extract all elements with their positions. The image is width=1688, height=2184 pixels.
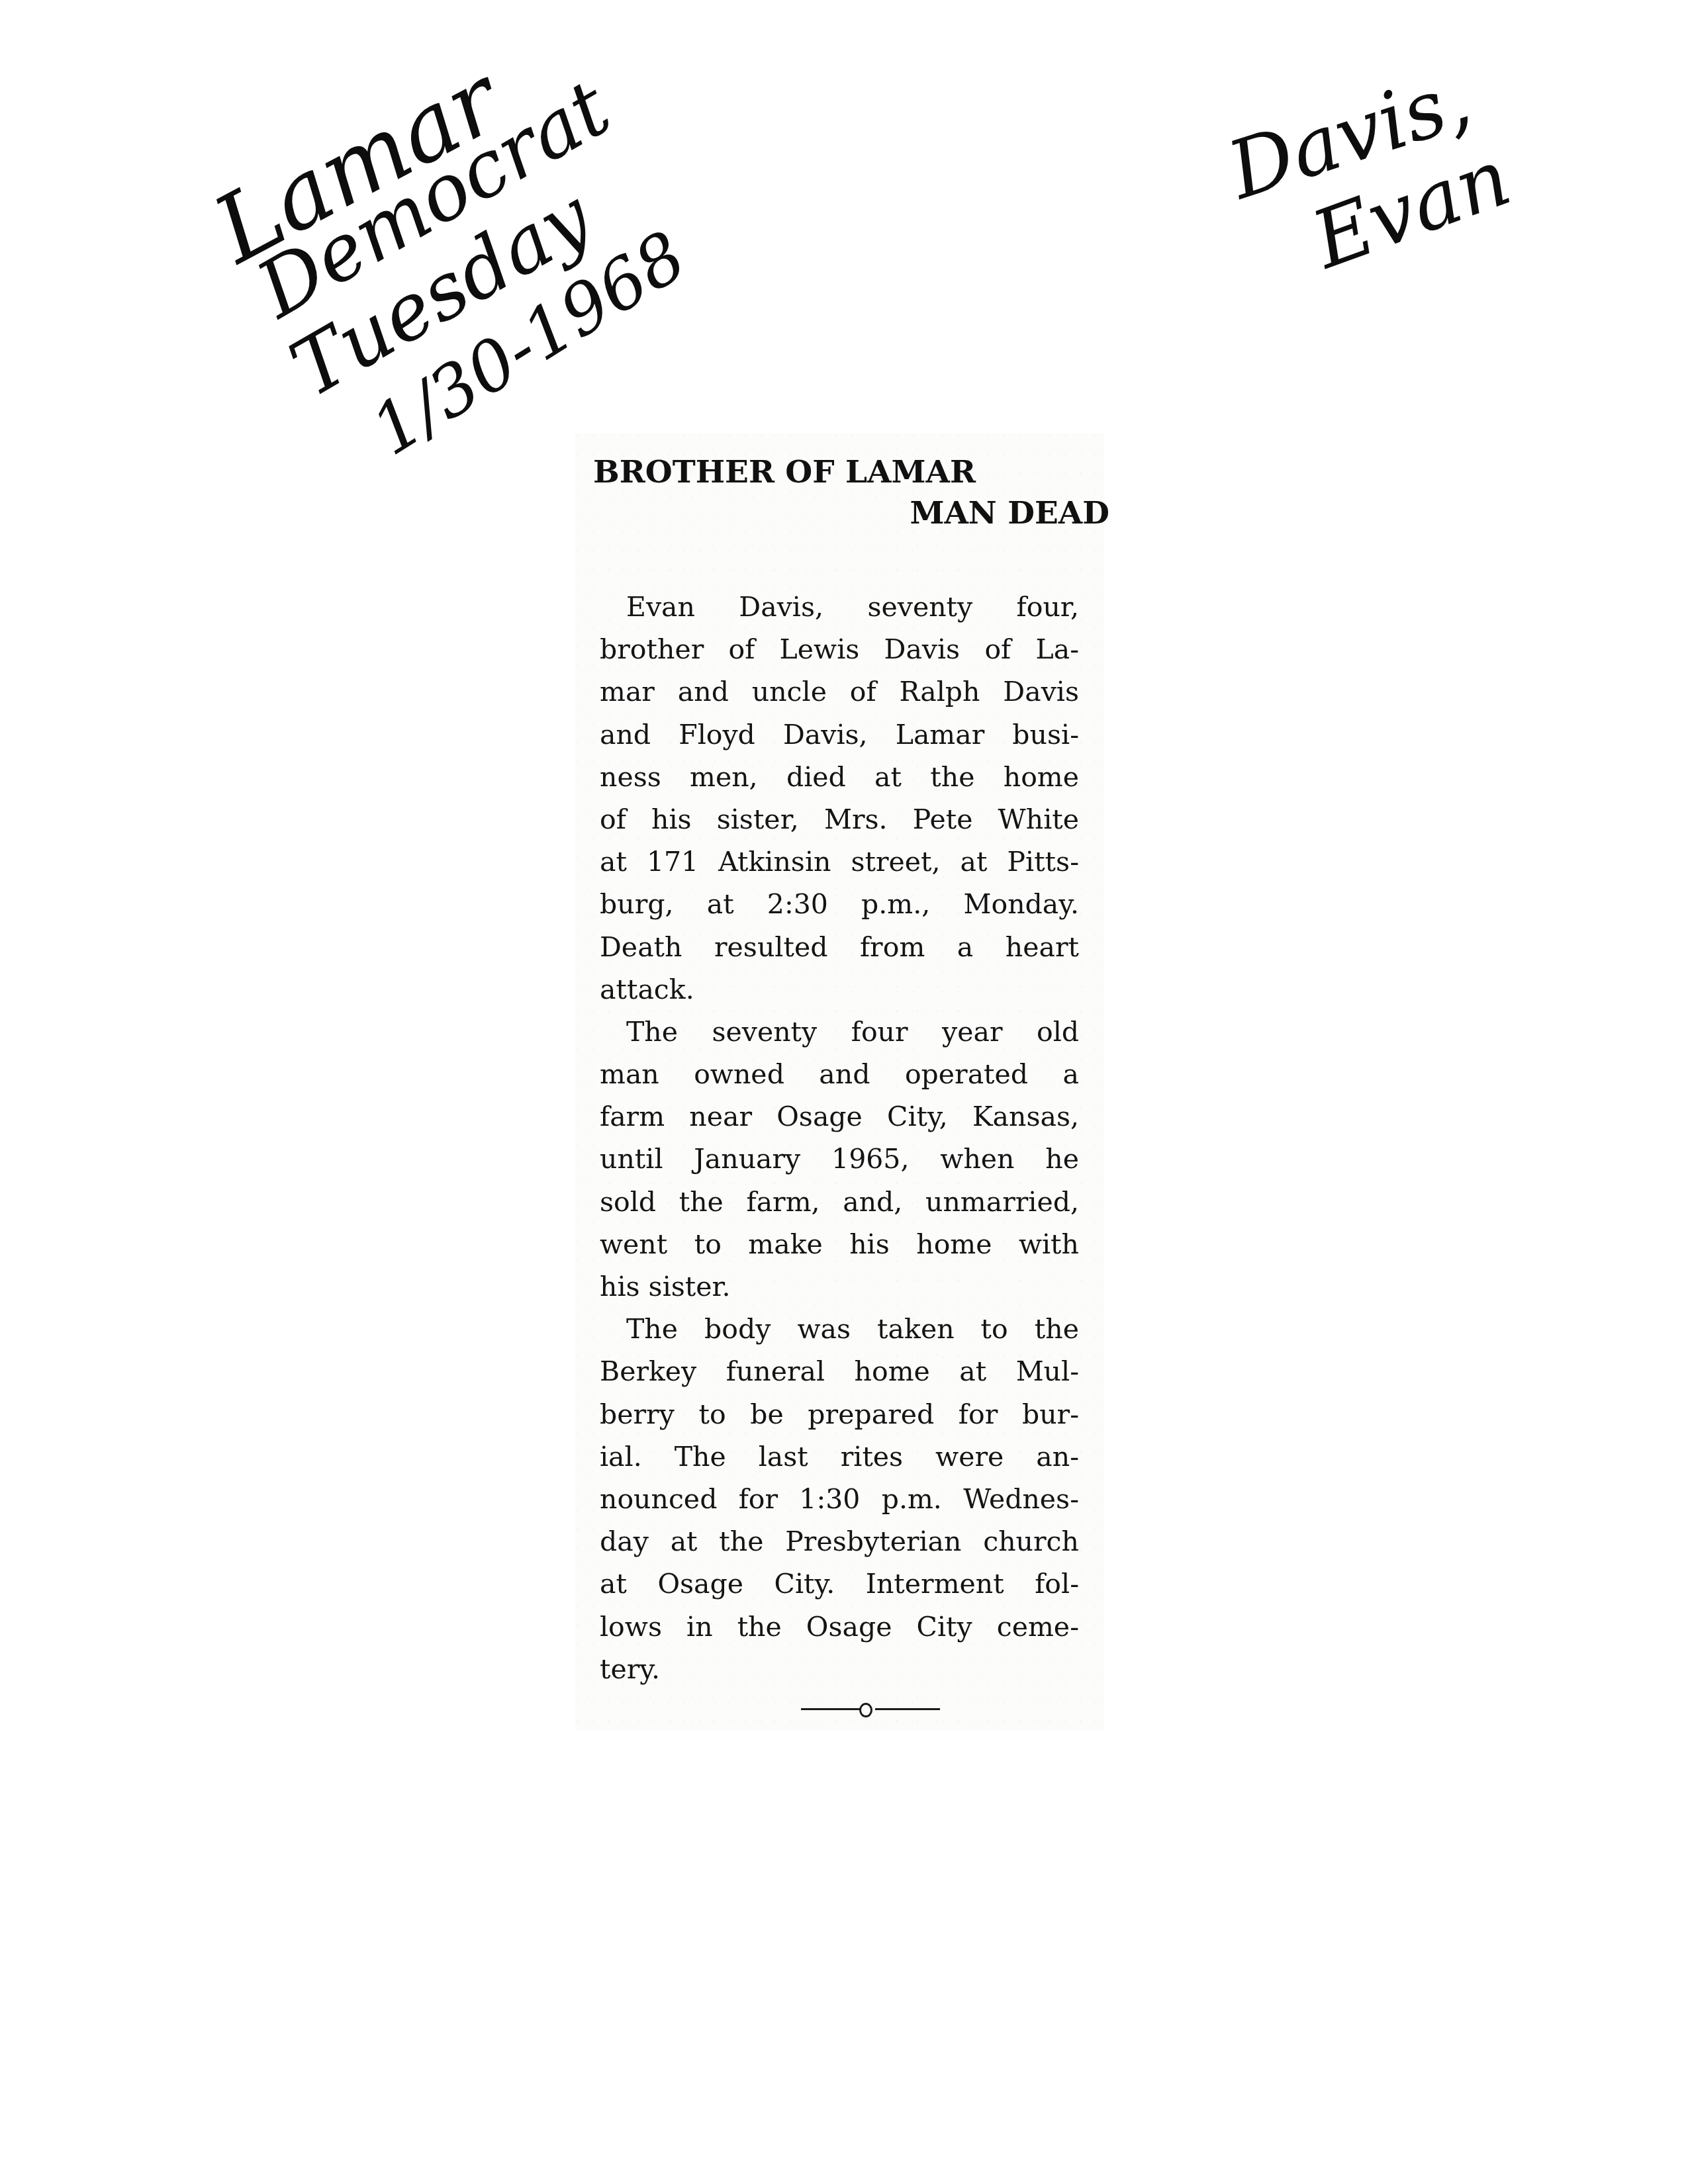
text-line: Berkey funeral home at Mul- — [600, 1350, 1079, 1392]
separator-rule-right — [875, 1708, 940, 1710]
scanned-page: Lamar Democrat Tuesday 1/30-1968 Davis, … — [0, 0, 1688, 2184]
separator-ring-ornament — [859, 1703, 872, 1717]
text-line: ness men, died at the home — [600, 756, 1079, 798]
text-line: at 171 Atkinsin street, at Pitts- — [600, 841, 1079, 883]
obituary-paragraph: Evan Davis, seventy four,brother of Lewi… — [600, 586, 1079, 1011]
article-end-separator — [801, 1702, 940, 1715]
text-line: went to make his home with — [600, 1223, 1079, 1265]
text-line: attack. — [600, 968, 1079, 1011]
text-line: lows in the Osage City ceme- — [600, 1606, 1079, 1648]
text-line: of his sister, Mrs. Pete White — [600, 798, 1079, 841]
text-line: tery. — [600, 1648, 1079, 1690]
obituary-body: Evan Davis, seventy four,brother of Lewi… — [600, 586, 1079, 1690]
text-line: nounced for 1:30 p.m. Wednes- — [600, 1478, 1079, 1520]
text-line: The seventy four year old — [600, 1011, 1079, 1053]
text-line: Evan Davis, seventy four, — [600, 586, 1079, 628]
obituary-headline: BROTHER OF LAMAR MAN DEAD — [593, 452, 1070, 534]
handwritten-name-note: Davis, Evan — [1244, 126, 1523, 278]
obituary-paragraph: The seventy four year oldman owned and o… — [600, 1011, 1079, 1308]
obituary-paragraph: The body was taken to theBerkey funeral … — [600, 1308, 1079, 1690]
text-line: sold the farm, and, unmarried, — [600, 1181, 1079, 1223]
text-line: until January 1965, when he — [600, 1138, 1079, 1180]
newspaper-clipping: BROTHER OF LAMAR MAN DEAD Evan Davis, se… — [575, 433, 1104, 1731]
text-line: man owned and operated a — [600, 1053, 1079, 1095]
text-line: his sister. — [600, 1265, 1079, 1308]
text-line: at Osage City. Interment fol- — [600, 1563, 1079, 1605]
handwritten-source-note: Lamar Democrat Tuesday 1/30-1968 — [232, 165, 642, 443]
text-line: ial. The last rites were an- — [600, 1435, 1079, 1478]
text-line: berry to be prepared for bur- — [600, 1393, 1079, 1435]
text-line: burg, at 2:30 p.m., Monday. — [600, 883, 1079, 925]
separator-rule-left — [801, 1708, 861, 1710]
text-line: Death resulted from a heart — [600, 926, 1079, 968]
headline-line-2: MAN DEAD — [593, 493, 1109, 534]
text-line: The body was taken to the — [600, 1308, 1079, 1350]
text-line: brother of Lewis Davis of La- — [600, 628, 1079, 670]
text-line: and Floyd Davis, Lamar busi- — [600, 713, 1079, 756]
text-line: mar and uncle of Ralph Davis — [600, 670, 1079, 713]
text-line: farm near Osage City, Kansas, — [600, 1095, 1079, 1138]
headline-line-1: BROTHER OF LAMAR — [593, 452, 1070, 493]
text-line: day at the Presbyterian church — [600, 1520, 1079, 1563]
